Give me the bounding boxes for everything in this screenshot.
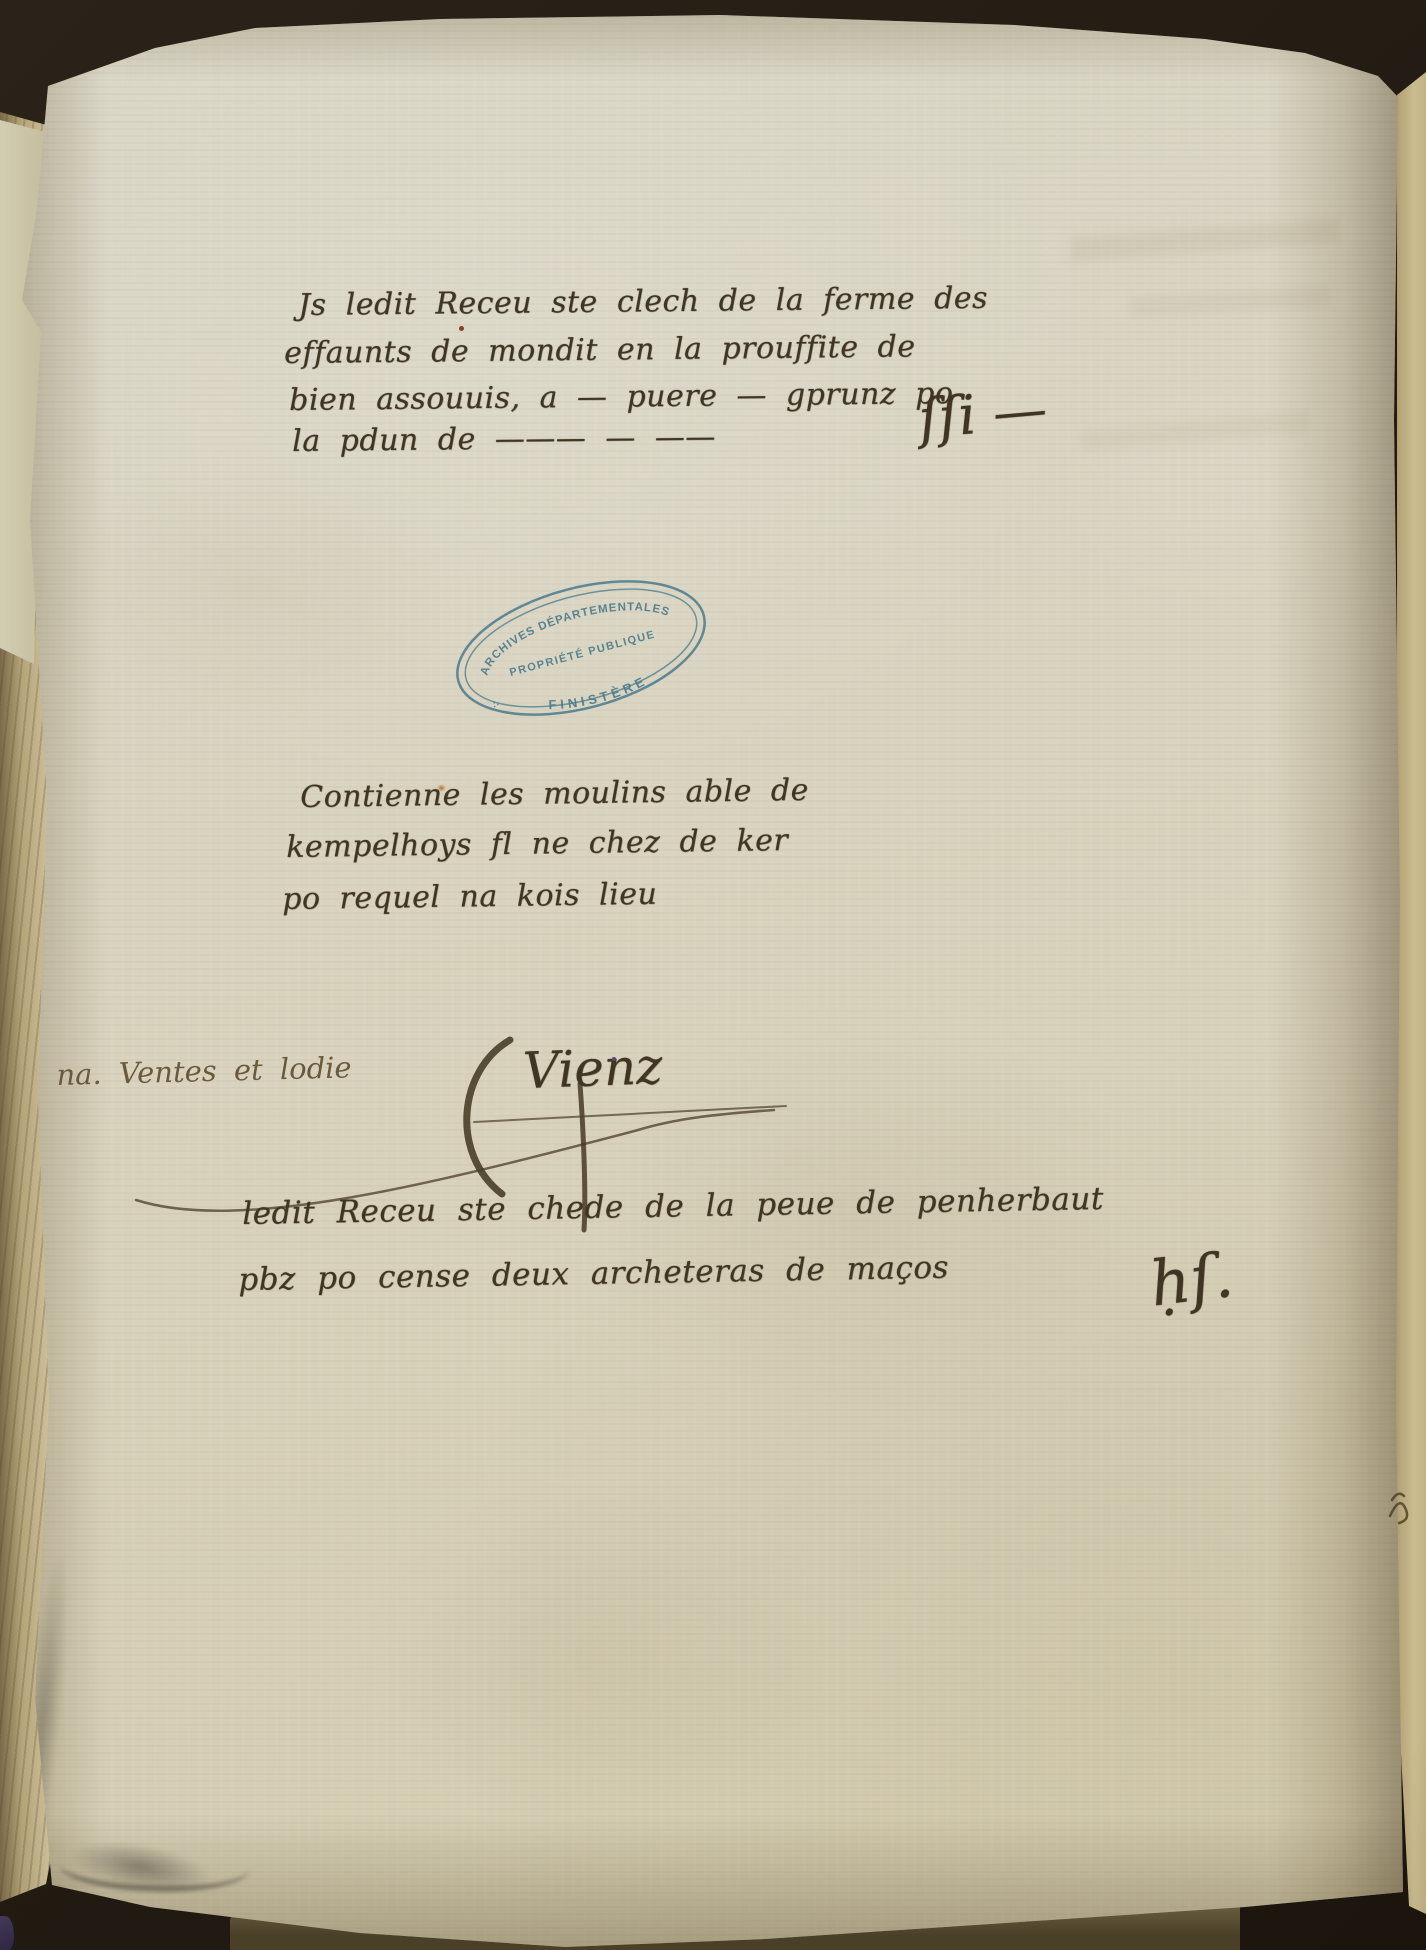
corner-ink-mark <box>0 1916 14 1950</box>
ink-speck <box>437 784 446 792</box>
top-edge-shadow <box>30 10 1400 80</box>
manuscript-page: Js ledit Receu ste clech de la ferme des… <box>0 0 1426 1950</box>
ink-speck <box>459 326 464 331</box>
handwriting-line: bien assouuis, a — puere — gprunz po <box>289 376 954 418</box>
signature-paraph: ḥſ. <box>1146 1238 1237 1321</box>
handwriting-line: Js ledit Receu ste clech de la ferme des <box>298 281 988 323</box>
gutter-shadow <box>1270 50 1405 1910</box>
handwriting-line: effaunts de mondit en la prouffite de <box>284 329 916 371</box>
manuscript-photo: Js ledit Receu ste clech de la ferme des… <box>0 0 1426 1950</box>
handwriting-line: po requel na kois lieu <box>282 877 658 917</box>
handwriting-line: kempelhoys fl ne chez de ker <box>286 823 788 865</box>
edge-scribble <box>1384 1488 1414 1528</box>
handwriting-line: Contienne les moulins able de <box>300 773 809 815</box>
handwriting-line: la pdun de ——— — —— <box>292 420 716 459</box>
paraph-mark: ſſi — <box>916 377 1049 451</box>
ink-speck <box>612 1057 616 1061</box>
heading-word: Vienz <box>522 1037 663 1100</box>
